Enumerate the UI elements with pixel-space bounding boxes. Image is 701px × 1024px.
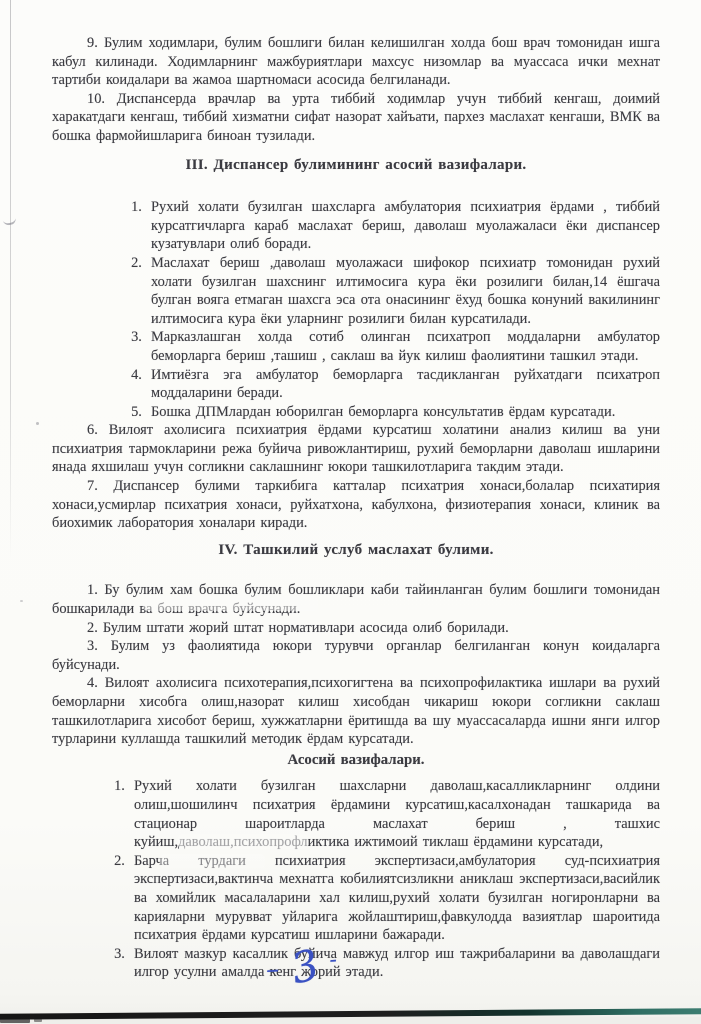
page-number-digit: 3	[290, 952, 332, 980]
page-number-dash-left: –	[265, 954, 292, 985]
scan-corner-speck	[34, 1019, 42, 1022]
paragraph-iv-4: 4. Вилоят ахолисига психотерапия,психоги…	[52, 674, 660, 748]
handwritten-page-number: –3-	[265, 950, 350, 985]
section-heading-iv: IV. Ташкилий услуб маслахат булими.	[52, 541, 660, 560]
margin-pencil-mark	[2, 215, 17, 227]
main-tasks-list: Рухий холати бузилган шахсларни даволаш,…	[52, 777, 660, 982]
scan-edge-line	[10, 0, 11, 560]
list-item: Вилоят мазкур касаллик буйича мавжуд илг…	[130, 945, 660, 982]
scan-speck	[20, 600, 23, 602]
paragraph-iv-2: 2. Булим штати жорий штат нормативлари а…	[52, 619, 660, 638]
list-item: Рухий холати бузилган шахсларни даволаш,…	[130, 777, 660, 851]
list-item: Марказлашган холда сотиб олинган психатр…	[147, 328, 660, 365]
paragraph-7: 7. Диспансер булими таркибига катталар п…	[52, 477, 660, 533]
scanned-document-page: 9. Булим ходимлари, булим бошлиги билан …	[0, 0, 701, 1024]
list-item: Барча турдаги психиатрия экспертизаси,ам…	[130, 852, 660, 945]
paragraph-6: 6. Вилоят ахолисига психиатрия ёрдами ку…	[52, 421, 660, 477]
scan-corner-speck	[0, 1019, 30, 1023]
subsection-heading-main-tasks: Асосий вазифалари.	[52, 751, 660, 770]
paragraph-10: 10. Диспансерда врачлар ва урта тиббий х…	[52, 90, 660, 146]
list-item: Рухий холати бузилган шахсларга амбулато…	[147, 198, 660, 254]
list-item: Бошка ДПМлардан юборилган беморларга кон…	[147, 403, 660, 422]
paragraph-9: 9. Булим ходимлари, булим бошлиги билан …	[52, 34, 660, 90]
document-content: 9. Булим ходимлари, булим бошлиги билан …	[52, 34, 660, 982]
section-heading-iii: III. Диспансер булимининг асосий вазифал…	[52, 156, 660, 175]
section3-task-list: Рухий холати бузилган шахсларга амбулато…	[52, 198, 660, 421]
page-number-dash-right: -	[329, 947, 350, 973]
scan-speck	[36, 422, 39, 425]
list-item: Маслахат бериш ,даволаш муолажаси шифоко…	[147, 254, 660, 328]
paragraph-iv-1: 1. Бу булим хам бошка булим бошликлари к…	[52, 581, 660, 618]
list-item: Имтиёзга эга амбулатор беморларга тасдик…	[147, 366, 660, 403]
paragraph-iv-3: 3. Булим уз фаолиятида юкори турувчи орг…	[52, 637, 660, 674]
